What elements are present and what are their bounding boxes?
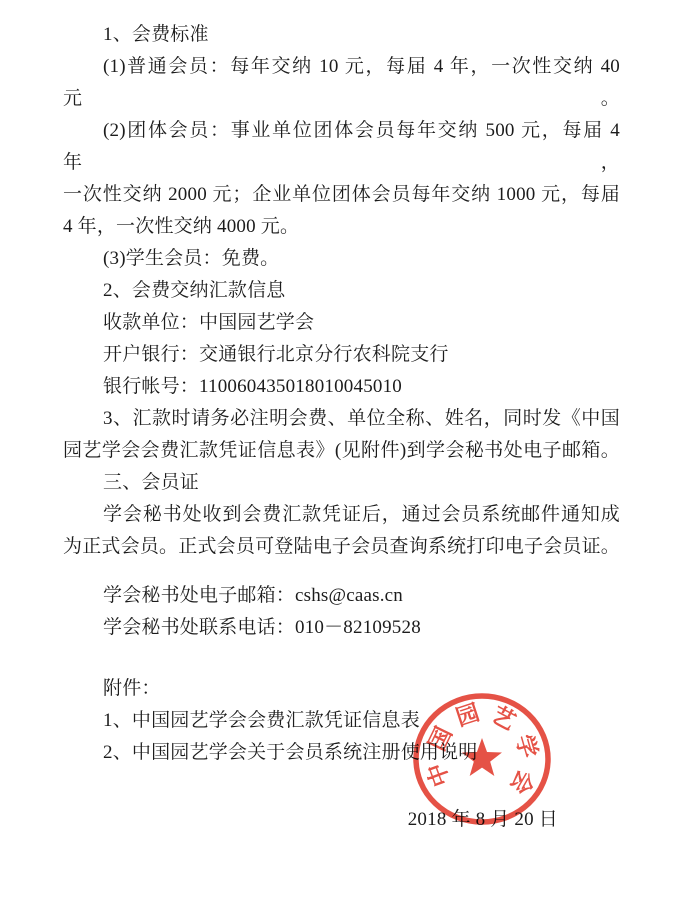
bank-line: 开户银行：交通银行北京分行农科院支行 — [63, 339, 620, 371]
fee-group-member-line1: (2)团体会员：事业单位团体会员每年交纳 500 元，每届 4 年， — [63, 115, 620, 179]
date-line: 2018 年 8 月 20 日 — [63, 804, 620, 836]
remittance-note-line2: 园艺学会会费汇款凭证信息表》(见附件)到学会秘书处电子邮箱。 — [63, 435, 620, 467]
attachments-heading: 附件： — [63, 673, 620, 705]
document-body: 1、会费标准(1)普通会员：每年交纳 10 元，每届 4 年，一次性交纳 40 … — [63, 19, 620, 836]
attachment-item-1: 1、中国园艺学会会费汇款凭证信息表 — [63, 705, 620, 737]
fee-group-member-line2: 一次性交纳 2000 元；企业单位团体会员每年交纳 1000 元，每届 — [63, 179, 620, 211]
account-number-line: 银行帐号：110060435018010045010 — [63, 371, 620, 403]
secretariat-phone-line: 学会秘书处联系电话：010－82109528 — [63, 612, 620, 644]
remittance-note-line1: 3、汇款时请务必注明会费、单位全称、姓名，同时发《中国 — [63, 403, 620, 435]
fee-standard-heading: 1、会费标准 — [63, 19, 620, 51]
membership-card-line2: 为正式会员。正式会员可登陆电子会员查询系统打印电子会员证。 — [63, 531, 620, 563]
payee-line: 收款单位：中国园艺学会 — [63, 307, 620, 339]
document-page: 1、会费标准(1)普通会员：每年交纳 10 元，每届 4 年，一次性交纳 40 … — [0, 0, 682, 897]
fee-student-member: (3)学生会员：免费。 — [63, 243, 620, 275]
membership-card-heading: 三、会员证 — [63, 467, 620, 499]
remittance-info-heading: 2、会费交纳汇款信息 — [63, 275, 620, 307]
secretariat-email-line: 学会秘书处电子邮箱：cshs@caas.cn — [63, 580, 620, 612]
attachment-item-2: 2、中国园艺学会关于会员系统注册使用说明 — [63, 737, 620, 769]
fee-group-member-line3: 4 年，一次性交纳 4000 元。 — [63, 211, 620, 243]
membership-card-line1: 学会秘书处收到会费汇款凭证后，通过会员系统邮件通知成 — [63, 499, 620, 531]
fee-regular-member: (1)普通会员：每年交纳 10 元，每届 4 年，一次性交纳 40 元。 — [63, 51, 620, 115]
